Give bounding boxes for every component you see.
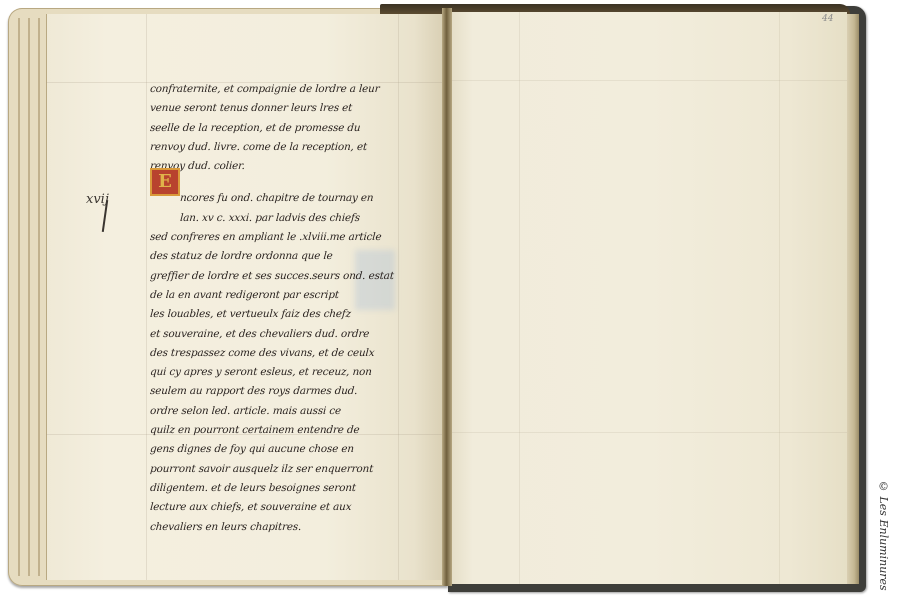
text-line: seelle de la reception, et de promesse d…: [149, 119, 400, 138]
ruling-line: [449, 432, 847, 433]
text-line: quilz en pourront certainem entendre de: [149, 421, 400, 440]
text-line: venue seront tenus donner leurs lres et: [149, 99, 400, 118]
text-line: lecture aux chiefs, et souveraine et aux: [149, 498, 400, 517]
right-page: [449, 12, 847, 584]
ruling-line: [519, 12, 520, 584]
text-line: confraternite, et compaignie de lordre a…: [149, 80, 400, 99]
text-line: sed confreres en ampliant le .xlviii.me …: [149, 228, 400, 247]
text-line: greffier de lordre et ses succes.seurs o…: [149, 267, 400, 286]
manuscript-spread: 44 xvij confraternite, et compaignie de …: [0, 0, 907, 600]
initial-letter: E: [158, 173, 172, 191]
text-line: de la en avant redigeront par escript: [149, 286, 400, 305]
text-line: lan. xv c. xxxi. par ladvis des chiefs: [149, 209, 400, 228]
text-line: et souveraine, et des chevaliers dud. or…: [149, 325, 400, 344]
text-line: qui cy apres y seront esleus, et receuz,…: [149, 363, 400, 382]
gutter: [442, 8, 452, 586]
copyright-credit: © Les Enluminures: [870, 480, 890, 595]
page-edge-line: [28, 18, 30, 576]
ruling-line: [449, 80, 847, 81]
text-line: les louables, et vertueulx faiz des chef…: [149, 305, 400, 324]
folio-number: 44: [822, 14, 833, 24]
text-line: pourront savoir ausquelz ilz ser enquerr…: [149, 460, 400, 479]
right-page-edges: [847, 14, 859, 584]
illuminated-initial: E: [150, 168, 180, 196]
ruling-line: [779, 12, 780, 584]
text-line: des trespassez come des vivans, et de ce…: [149, 344, 400, 363]
text-line: ordre selon led. article. mais aussi ce: [149, 402, 400, 421]
page-edge-line: [38, 18, 40, 576]
text-line: seulem au rapport des roys darmes dud.: [149, 382, 400, 401]
page-edge-line: [18, 18, 20, 576]
text-line: chevaliers en leurs chapitres.: [149, 518, 400, 537]
text-line: diligentem. et de leurs besoignes seront: [149, 479, 400, 498]
text-block: confraternite, et compaignie de lordre a…: [150, 80, 400, 537]
text-line: renvoy dud. livre. come de la reception,…: [149, 138, 400, 157]
text-line: gens dignes de foy qui aucune chose en: [149, 440, 400, 459]
text-line: des statuz de lordre ordonna que le: [149, 247, 400, 266]
text-line: renvoy dud. colier.: [149, 157, 400, 176]
ruling-line: [146, 14, 147, 580]
text-line: ncores fu ond. chapitre de tournay en: [149, 189, 400, 208]
